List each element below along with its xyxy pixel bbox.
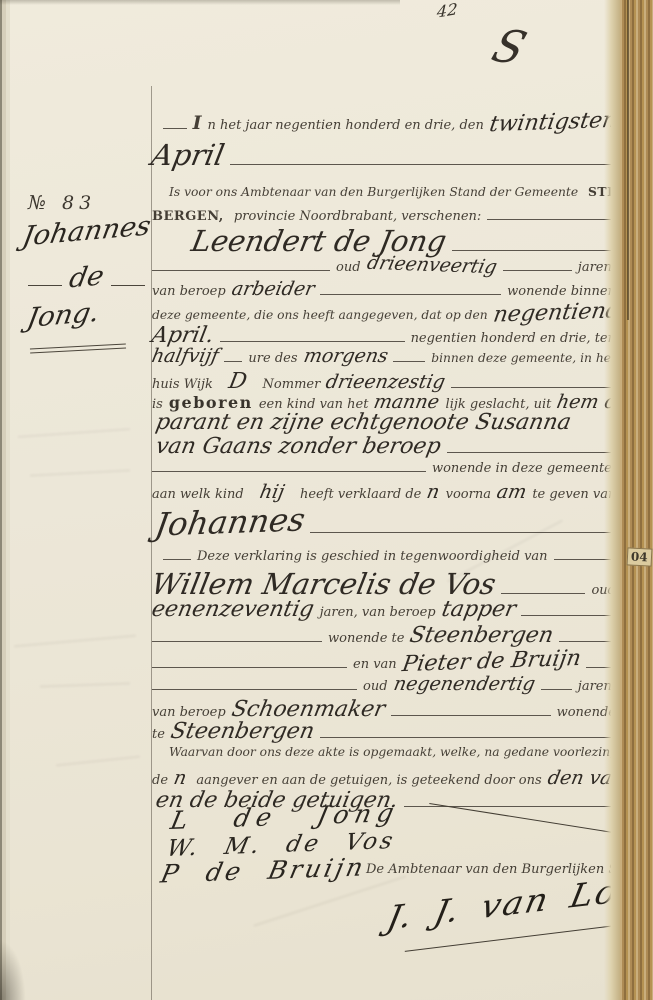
page-right-edge (604, 0, 620, 1000)
page-left-edge (0, 0, 10, 1000)
rule (224, 359, 242, 362)
rule (391, 713, 551, 716)
margin-child-lastname: Jong. (25, 297, 102, 334)
bleed-mark (30, 469, 130, 476)
rule (487, 217, 616, 220)
printed-text: binnen deze gemeente, in het (431, 351, 616, 365)
handwritten-day: twintigsten (487, 108, 618, 137)
rule (220, 339, 405, 342)
line-closing-1: Waarvan door ons deze akte is opgemaakt,… (163, 745, 616, 759)
corner-flourish-mark: S (485, 21, 532, 75)
line-month: April (152, 138, 616, 172)
handwritten-time-of-day: morgens (301, 345, 389, 367)
handwritten-month: April (149, 138, 228, 172)
printed-text: jaren, van beroep (320, 605, 436, 620)
printed-label-beroep: van beroep (152, 705, 226, 720)
line-witness2-name: en van Pieter de Bruijn (152, 649, 616, 674)
printed-label-huis-wijk: huis Wijk (152, 377, 213, 392)
rule (393, 359, 425, 362)
line-declarant-occupation: van beroep arbeider wonende binnen (152, 278, 616, 300)
rule (230, 162, 616, 165)
bleed-mark (18, 428, 130, 438)
line-closing-2: de n aangever en aan de getuigen, is get… (152, 767, 616, 789)
opening-initial: I (193, 112, 202, 134)
line-witness2-residence: te Steenbergen (152, 719, 616, 744)
printed-label-oud: oud (336, 260, 361, 275)
handwritten-am: am (495, 481, 529, 503)
handwritten-witness1-age: eenenzeventig (150, 597, 316, 622)
line-witness2-age: oud negenendertig jaren, (152, 673, 616, 695)
margin-child-tussenvoegsel-line: de (28, 262, 145, 293)
line-witness1-residence: wonende te Steenbergen (152, 623, 616, 648)
book-fore-edge (620, 0, 653, 1000)
printed-label-te: te (152, 727, 165, 742)
printed-text: Is voor ons Ambtenaar van den Burgerlijk… (169, 185, 582, 199)
signature-witness2: P de Bruijn (158, 852, 369, 888)
printed-text: heeft verklaard de (300, 487, 421, 502)
rule (152, 268, 330, 271)
rule (503, 268, 572, 271)
line-witness-intro: Deze verklaring is geschied in tegenwoor… (163, 549, 616, 564)
rule (152, 639, 322, 642)
handwritten-witness1-name: Willem Marcelis de Vos (149, 567, 499, 601)
margin-child-firstname: Johannes (20, 211, 153, 253)
rule (152, 665, 347, 668)
rule (452, 248, 616, 251)
line-declarant-age: oud drieenveertig jaren, (152, 254, 616, 276)
handwritten-witness1-occupation: tapper (439, 597, 518, 622)
rule (447, 450, 616, 453)
printed-text: voorna (446, 487, 491, 502)
line-child-name: Johannes (156, 503, 616, 541)
line-official-2: BERGEN, provincie Noordbrabant, verschen… (152, 209, 616, 224)
line-official-1: Is voor ons Ambtenaar van den Burgerlijk… (163, 184, 616, 199)
corner-shadow (0, 940, 26, 1000)
line-mother-2: van Gaans zonder beroep (156, 434, 616, 459)
rule (152, 469, 426, 472)
handwritten-mother-line1: parant en zijne echtgenoote Susanna (154, 410, 574, 435)
fore-edge-crease (627, 0, 629, 320)
printed-label-oud: oud (363, 679, 388, 694)
rule (152, 687, 357, 690)
bleed-mark (40, 682, 130, 687)
handwritten-mother-line2: van Gaans zonder beroep (154, 434, 443, 459)
line-witness1-name: Willem Marcelis de Vos oud (152, 567, 616, 601)
printed-text: ure des (248, 351, 297, 366)
printed-label-wonende-te: wonende te (328, 631, 404, 646)
line-mother-residence: wonende in deze gemeente, (152, 461, 616, 476)
printed-municipality-2: BERGEN, (152, 209, 224, 224)
printed-text: Deze verklaring is geschied in tegenwoor… (197, 549, 548, 564)
printed-label-en-van: en van (353, 657, 397, 672)
rule (501, 591, 585, 594)
line-opening: I n het jaar negentien honderd en drie, … (163, 110, 616, 135)
rule (451, 385, 616, 388)
printed-label-nommer: Nommer (263, 377, 321, 392)
rule (28, 283, 62, 286)
printed-text: de (152, 773, 168, 788)
rule (111, 283, 145, 286)
margin-underline-flourish (30, 343, 126, 353)
handwritten-house-number: drieenzestig (324, 371, 447, 393)
act-number: № 83 (28, 192, 96, 214)
printed-text: deze gemeente, die ons heeft aangegeven,… (152, 308, 488, 322)
margin-child-tussenvoegsel: de (67, 261, 106, 295)
handwritten-age: drieenveertig (364, 252, 498, 279)
printed-text: n het jaar negentien honderd en drie, de… (208, 118, 484, 133)
printed-text: wonende binnen (507, 284, 616, 299)
rule (163, 126, 187, 129)
line-witness1-age: eenenzeventig jaren, van beroep tapper (152, 597, 616, 622)
rule (320, 735, 616, 738)
rule (310, 530, 616, 533)
line-mother-1: parant en zijne echtgenoote Susanna (156, 410, 616, 435)
handwritten-witness2-age: negenendertig (391, 673, 536, 695)
line-child-declaration: aan welk kind hij heeft verklaard de n v… (152, 481, 616, 503)
printed-label-beroep: van beroep (152, 284, 226, 299)
printed-text: provincie Noordbrabant, verschenen: (230, 209, 482, 224)
top-shadow (0, 0, 400, 5)
handwritten-occupation: arbeider (230, 278, 317, 300)
fore-edge-label: 04 (627, 547, 653, 566)
printed-text: aangever en aan de getuigen, is geteeken… (192, 773, 541, 788)
handwritten-n: n (172, 767, 189, 789)
line-birth-time: halfvijf ure des morgens binnen deze gem… (152, 345, 616, 367)
handwritten-time: halfvijf (150, 345, 221, 367)
rule (541, 687, 572, 690)
printed-text: wonende in deze gemeente, (432, 461, 616, 476)
bleed-mark (56, 756, 140, 767)
bleed-mark (14, 635, 136, 648)
handwritten-witness2-residence: Steenbergen (168, 719, 316, 744)
handwritten-n: n (425, 481, 442, 503)
handwritten-child-name: Johannes (153, 500, 308, 543)
printed-text: negentien honderd en drie, ten (411, 331, 616, 346)
rule (521, 613, 616, 616)
rule (163, 557, 191, 560)
page-corner-number: 42 (436, 0, 457, 22)
birth-certificate-scan: 42 S № 83 Johannes de Jong. I n het jaar… (0, 0, 653, 1000)
printed-text: Waarvan door ons deze akte is opgemaakt,… (169, 745, 645, 759)
handwritten-pronoun: hij (258, 481, 286, 503)
handwritten-witness1-residence: Steenbergen (408, 623, 556, 648)
line-declaration: deze gemeente, die ons heeft aangegeven,… (152, 300, 616, 325)
printed-text: aan welk kind (152, 487, 244, 502)
rule (320, 292, 501, 295)
